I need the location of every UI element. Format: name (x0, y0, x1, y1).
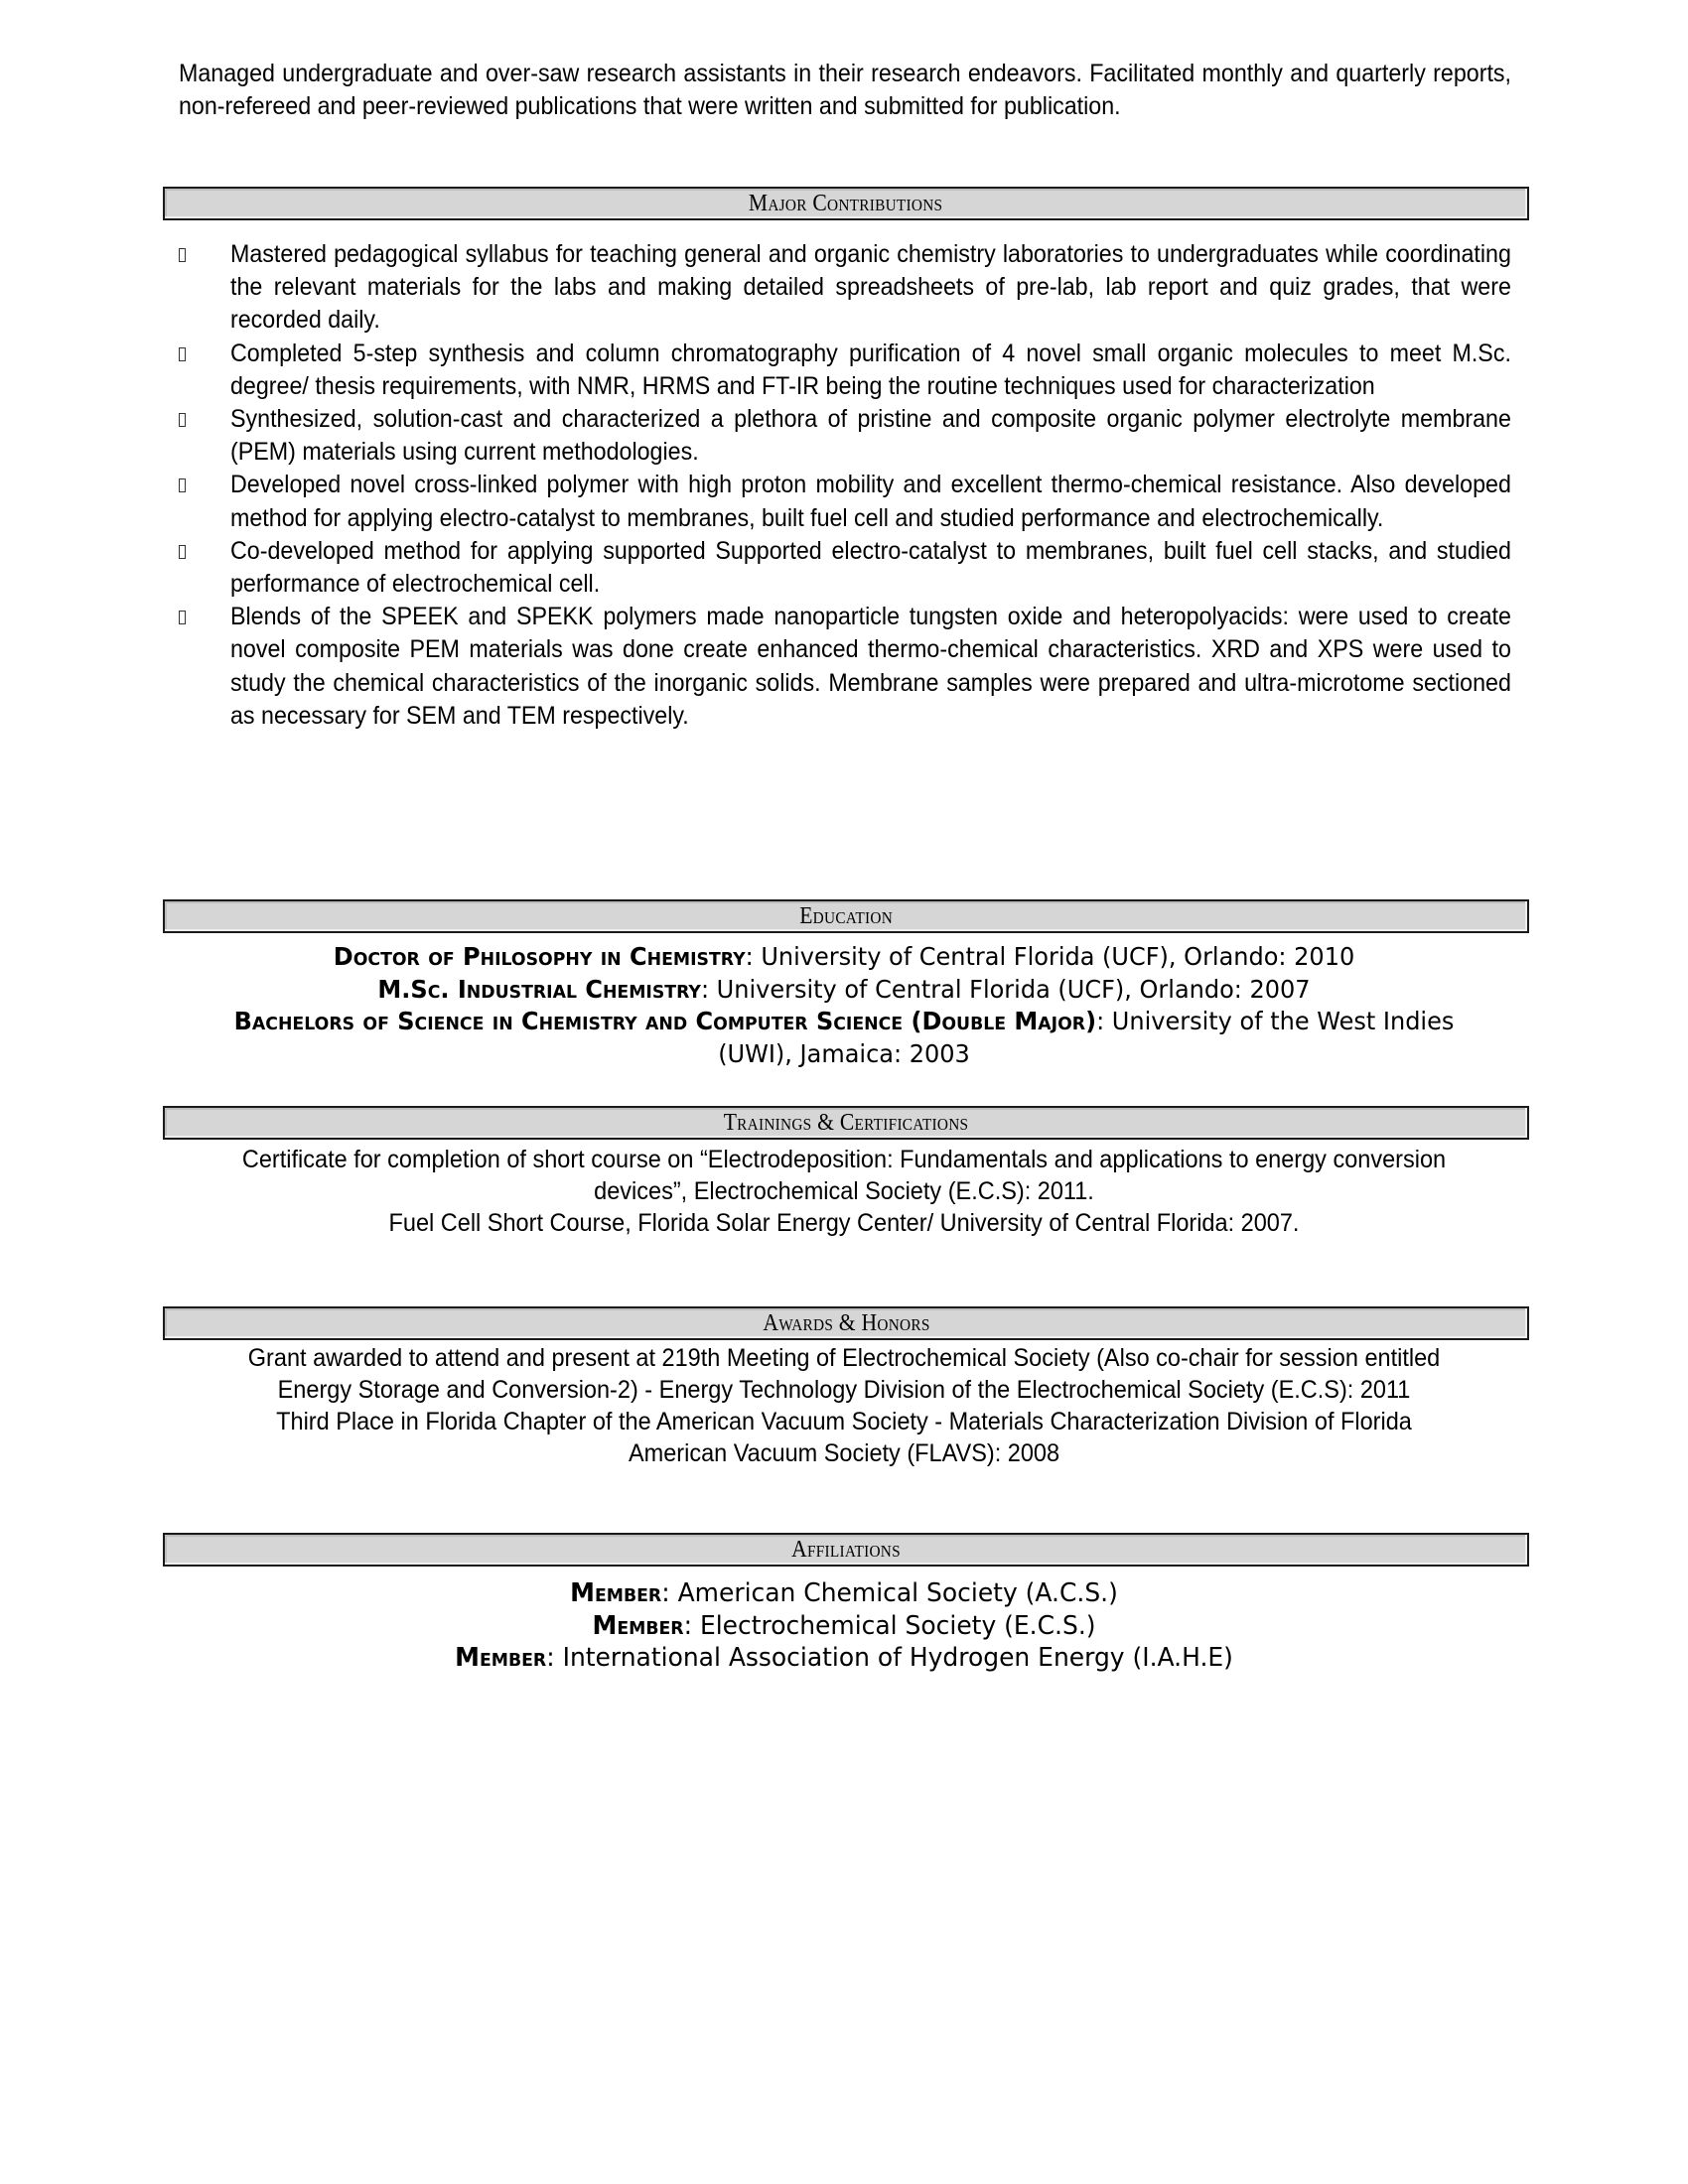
training-item: Fuel Cell Short Course, Florida Solar En… (204, 1207, 1484, 1239)
list-item: Completed 5-step synthesis and column ch… (179, 338, 1511, 403)
section-title: Affiliations (791, 1537, 901, 1564)
square-bullet-icon (179, 248, 186, 262)
affiliation-item: Member: International Association of Hyd… (190, 1642, 1497, 1675)
affiliation-item: Member: Electrochemical Society (E.C.S.) (190, 1610, 1497, 1643)
section-title: Trainings & Certifications (724, 1110, 969, 1137)
list-item: Synthesized, solution-cast and character… (179, 403, 1511, 469)
square-bullet-icon (179, 478, 186, 492)
section-header-affiliations: Affiliations (163, 1533, 1529, 1567)
education-item: Doctor of Philosophy in Chemistry: Unive… (190, 941, 1497, 974)
square-bullet-icon (179, 545, 186, 559)
section-header-trainings: Trainings & Certifications (163, 1106, 1529, 1140)
square-bullet-icon (179, 611, 186, 624)
section-header-major-contributions: Major Contributions (163, 187, 1529, 220)
section-title: Awards & Honors (763, 1310, 929, 1337)
list-item: Developed novel cross-linked polymer wit… (179, 469, 1511, 534)
list-item: Mastered pedagogical syllabus for teachi… (179, 238, 1511, 338)
trainings-list: Certificate for completion of short cour… (163, 1144, 1525, 1239)
award-item: Third Place in Florida Chapter of the Am… (204, 1406, 1484, 1469)
award-item: Grant awarded to attend and present at 2… (204, 1342, 1484, 1406)
education-list: Doctor of Philosophy in Chemistry: Unive… (163, 941, 1525, 1070)
education-item: M.Sc. Industrial Chemistry: University o… (190, 974, 1497, 1007)
affiliation-item: Member: American Chemical Society (A.C.S… (190, 1577, 1497, 1610)
education-item: Bachelors of Science in Chemistry and Co… (190, 1006, 1497, 1070)
section-header-education: Education (163, 899, 1529, 933)
resume-page: Managed undergraduate and over-saw resea… (0, 0, 1688, 2184)
affiliations-list: Member: American Chemical Society (A.C.S… (163, 1577, 1525, 1675)
square-bullet-icon (179, 413, 186, 427)
square-bullet-icon (179, 347, 186, 361)
list-item: Blends of the SPEEK and SPEKK polymers m… (179, 601, 1511, 733)
section-title: Major Contributions (749, 191, 942, 217)
awards-list: Grant awarded to attend and present at 2… (163, 1342, 1525, 1469)
training-item: Certificate for completion of short cour… (204, 1144, 1484, 1207)
section-title: Education (799, 903, 893, 930)
contributions-list: Mastered pedagogical syllabus for teachi… (179, 238, 1511, 733)
intro-paragraph: Managed undergraduate and over-saw resea… (179, 58, 1511, 122)
list-item: Co-developed method for applying support… (179, 535, 1511, 601)
section-header-awards: Awards & Honors (163, 1306, 1529, 1340)
